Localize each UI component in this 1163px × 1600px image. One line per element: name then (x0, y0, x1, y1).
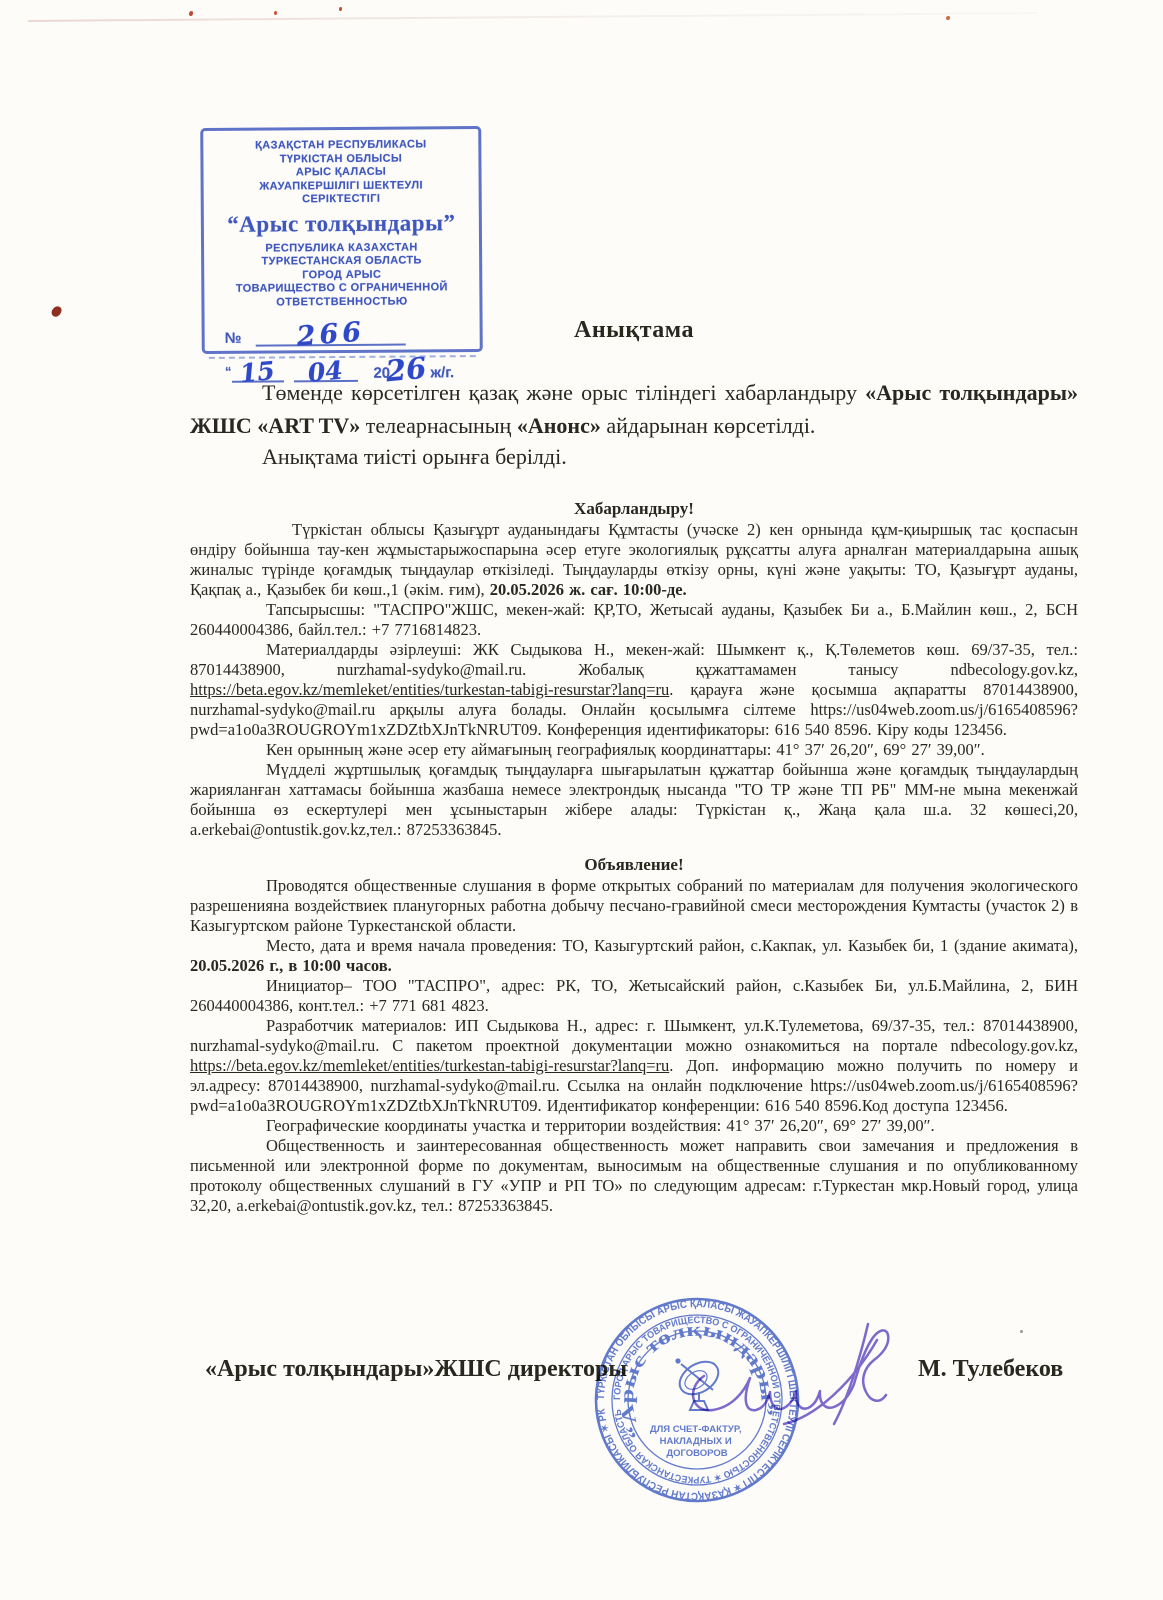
stamp-line: СЕРІКТЕСТІГІ (204, 192, 479, 207)
egov-link: https://beta.egov.kz/memleket/entities/t… (190, 680, 669, 699)
scan-speck (189, 11, 193, 16)
ru-place-datetime-bold: 20.05.2026 г., в 10:00 часов. (190, 956, 392, 975)
kk-hearing-datetime-bold: 20.05.2026 ж. сағ. 10:00-де. (490, 580, 687, 599)
ru-developer-text: Разработчик материалов: ИП Сыдыкова Н., … (190, 1016, 1078, 1055)
scan-speck (1020, 1330, 1023, 1333)
intro-text: айдарынан көрсетілді. (601, 413, 816, 438)
kk-paragraph-customer: Тапсырысшы: "ТАСПРО"ЖШС, мекен-жай: ҚР,Т… (190, 600, 1078, 640)
document-title: Анықтама (190, 316, 1078, 344)
seal-center-line: ДОГОВОРОВ (666, 1448, 727, 1459)
stamp-line: ОТВЕТСТВЕННОСТЬЮ (204, 295, 479, 310)
scan-streak (28, 12, 1038, 21)
ru-paragraph-hearing: Проводятся общественные слушания в форме… (190, 876, 1078, 936)
scan-speck (274, 11, 277, 15)
intro-program-bold: «Анонс» (517, 413, 601, 438)
stamp-org-name: “Арыс толқындары” (204, 208, 479, 240)
section-heading-ru: Объявление! (190, 854, 1078, 876)
kk-developer-text: Материалдарды әзірлеуші: ЖК Сыдыкова Н.,… (190, 640, 1078, 679)
ru-paragraph-coordinates: Географические координаты участка и терр… (190, 1116, 1078, 1136)
document-body: Анықтама Төменде көрсетілген қазақ және … (190, 316, 1078, 1216)
stamp-line: ТОВАРИЩЕСТВО С ОГРАНИЧЕННОЙ (204, 281, 479, 296)
section-heading-kk: Хабарландыру! (190, 498, 1078, 520)
intro-text: Төменде көрсетілген қазақ және орыс тілі… (262, 380, 865, 405)
scan-speck (946, 16, 950, 20)
kk-paragraph-coordinates: Кен орынның және әсер ету аймағының геог… (190, 740, 1078, 760)
seal-center-line: НАКЛАДНЫХ И (660, 1436, 732, 1447)
ru-paragraph-feedback: Общественность и заинтересованная общест… (190, 1136, 1078, 1216)
ru-paragraph-initiator: Инициатор– ТОО "ТАСПРО", адрес: РК, ТО, … (190, 976, 1078, 1016)
scanned-document-page: ҚАЗАҚСТАН РЕСПУБЛИКАСЫ ТҮРКІСТАН ОБЛЫСЫ … (0, 0, 1163, 1600)
intro-paragraph: Төменде көрсетілген қазақ және орыс тілі… (190, 376, 1078, 442)
kk-paragraph-developer: Материалдарды әзірлеуші: ЖК Сыдыкова Н.,… (190, 640, 1078, 740)
scan-speck (339, 7, 342, 11)
intro-closing-line: Анықтама тиісті орынға берілді. (190, 442, 1078, 472)
director-name: М. Тулебеков (918, 1356, 1063, 1383)
egov-link: https://beta.egov.kz/memleket/entities/t… (190, 1056, 669, 1075)
director-signature (688, 1318, 913, 1436)
kk-paragraph-hearing: Түркістан облысы Қазығұрт ауданындағы Құ… (190, 520, 1078, 600)
kk-paragraph-feedback: Мүдделі жұртшылық қоғамдық тыңдауларға ш… (190, 760, 1078, 840)
ru-paragraph-place: Место, дата и время начала проведения: Т… (190, 936, 1078, 976)
director-role-label: «Арыс толқындары»ЖШС директоры (205, 1356, 627, 1383)
scan-speck (50, 305, 63, 319)
ru-place-text: Место, дата и время начала проведения: Т… (266, 936, 1078, 955)
ru-paragraph-developer: Разработчик материалов: ИП Сыдыкова Н., … (190, 1016, 1078, 1116)
intro-text: телеарнасының (360, 413, 517, 438)
